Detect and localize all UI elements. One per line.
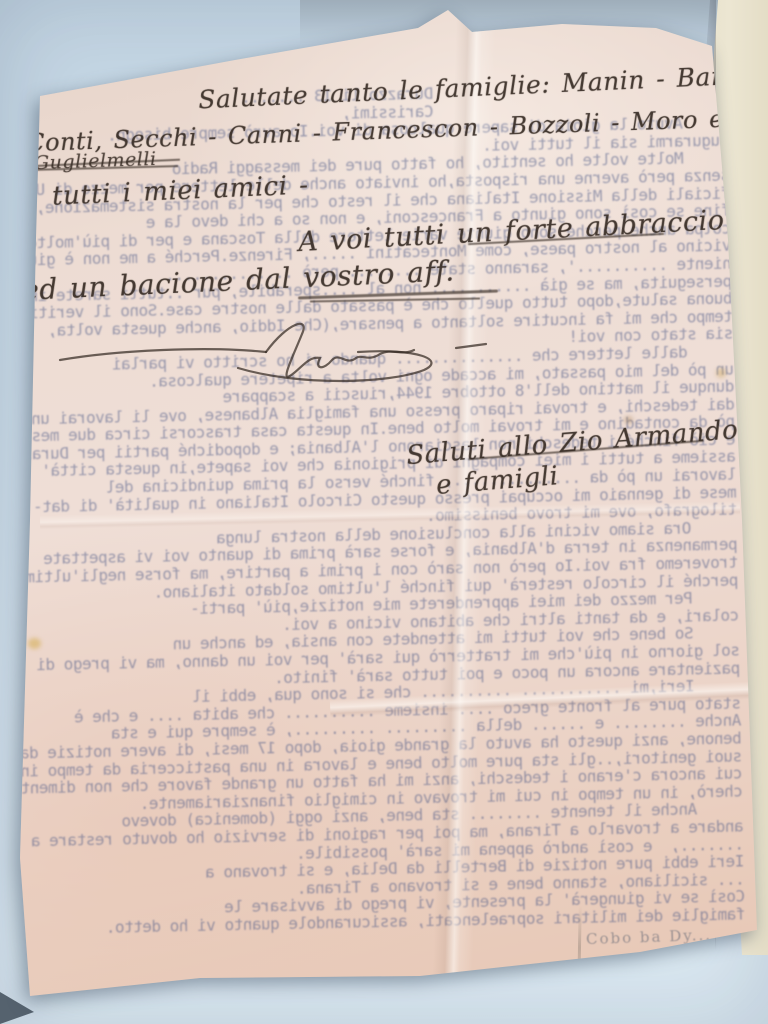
stain: [732, 192, 746, 210]
photo-of-letter: Durazzo li 13 .......Carissimi,Avuto la …: [0, 0, 768, 1024]
stain: [28, 638, 41, 649]
small-vertical-crease: [577, 905, 581, 990]
signature-scribble: [58, 312, 518, 402]
stain: [6, 432, 22, 445]
letter-paper-wrap: Durazzo li 13 .......Carissimi,Avuto la …: [0, 0, 768, 1024]
letter-paper: Durazzo li 13 .......Carissimi,Avuto la …: [0, 0, 768, 1024]
faint-corner-text: Cobo ba Dy...: [586, 926, 713, 948]
stain: [716, 368, 726, 378]
